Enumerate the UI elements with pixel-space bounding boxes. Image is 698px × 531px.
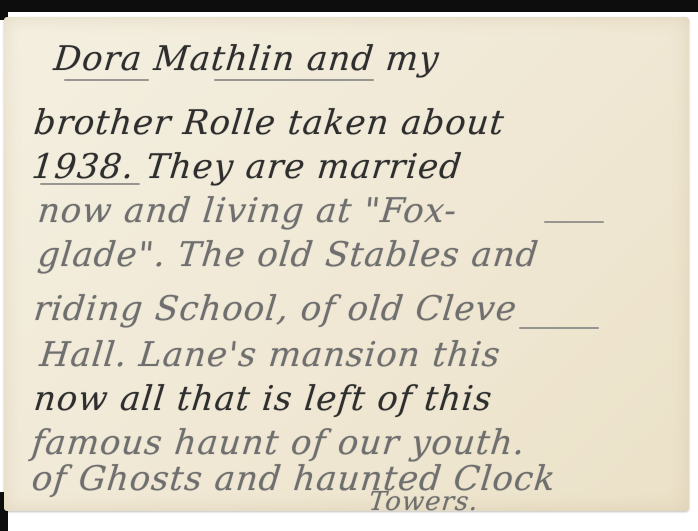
underline-fox — [544, 221, 604, 223]
handwriting-line-6: riding School, of old Cleve — [32, 289, 519, 329]
handwriting-line-5: glade". The old Stables and — [36, 235, 541, 275]
handwriting-line-3: 1938. They are married — [30, 147, 464, 187]
underline-mathlin — [214, 79, 374, 81]
handwriting-line-7: Hall. Lane's mansion this — [38, 335, 503, 375]
handwriting-line-9: famous haunt of our youth. — [30, 423, 528, 463]
underline-dora — [64, 79, 149, 81]
handwriting-line-1: Dora Mathlin and my — [52, 39, 442, 79]
handwriting-line-2: brother Rolle taken about — [32, 103, 507, 143]
scan-border-top — [0, 0, 698, 12]
handwriting-line-11: Towers. — [367, 487, 480, 517]
handwriting-line-8: now all that is left of this — [32, 379, 495, 419]
handwriting-line-4: now and living at "Fox- — [36, 191, 459, 231]
underline-cleve — [519, 327, 599, 329]
photo-card-back: Dora Mathlin and my brother Rolle taken … — [4, 17, 689, 511]
underline-1938 — [40, 183, 140, 185]
